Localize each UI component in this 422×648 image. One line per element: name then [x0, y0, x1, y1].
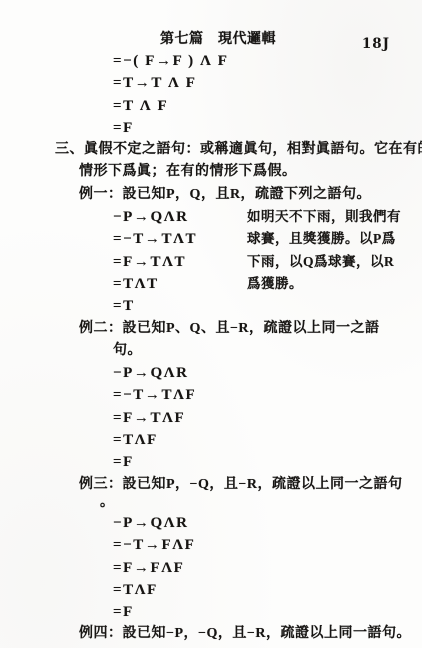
formula-line: =T→T Λ F	[113, 72, 422, 94]
example-4-title: 例四：設已知−P，−Q，且−R，疏證以上同一語句。	[79, 623, 422, 645]
scanned-book-page: 第七篇 現代邏輯 18J =−( F→F ) Λ F =T→T Λ F =T Λ…	[0, 0, 422, 648]
formula-line: −P→QΛR	[113, 512, 422, 534]
annotation-line: 下雨，以Q爲球賽，以R	[247, 251, 401, 273]
example-2-title: 例二：設已知P、Q、且−R，疏證以上同一之語	[79, 318, 422, 340]
section-heading-line: 三、眞假不定之語句：或稱適眞句，相對眞語句。它在有的	[55, 139, 422, 161]
section-heading-line: 情形下爲眞；在有的情形下爲假。	[79, 161, 422, 183]
formula-line: =F	[113, 601, 422, 623]
formula-line: =−T→TΛF	[113, 384, 422, 406]
formula-line: =−T→TΛT	[113, 228, 247, 250]
annotation-line: 爲獲勝。	[247, 273, 401, 295]
formula-line: =TΛF	[113, 429, 422, 451]
page-number: 18J	[362, 36, 390, 52]
page-content: =−( F→F ) Λ F =T→T Λ F =T Λ F =F 三、眞假不定之…	[0, 50, 422, 646]
example-1-formulas: −P→QΛR =−T→TΛT =F→TΛT =TΛT =T	[113, 206, 247, 317]
formula-line: =F→TΛF	[113, 407, 422, 429]
formula-line: =−( F→F ) Λ F	[113, 50, 422, 72]
example-4: 例四：設已知−P，−Q，且−R，疏證以上同一語句。	[0, 623, 422, 645]
formula-line: =−T→FΛF	[113, 534, 422, 556]
example-1-annotation: 如明天不下雨，則我們有 球賽，且獎獲勝。以P爲 下雨，以Q爲球賽，以R 爲獲勝。	[247, 206, 401, 317]
chapter-title: 第七篇 現代邏輯	[0, 28, 422, 48]
page-header: 第七篇 現代邏輯 18J	[0, 0, 422, 46]
formula-line: =F	[113, 117, 422, 139]
example-3-title: 例三：設已知P，−Q，且−R，疏證以上同一之語句	[79, 474, 422, 496]
example-1-body: −P→QΛR =−T→TΛT =F→TΛT =TΛT =T 如明天不下雨，則我們…	[0, 206, 422, 317]
formula-line: −P→QΛR	[113, 206, 247, 228]
formula-line: −P→QΛR	[113, 362, 422, 384]
example-2: 例二：設已知P、Q、且−R，疏證以上同一之語 句。 −P→QΛR =−T→TΛF…	[0, 318, 422, 474]
example-1: 例一：設已知P，Q，且R，疏證下列之語句。 −P→QΛR =−T→TΛT =F→…	[0, 184, 422, 318]
formula-line: =TΛF	[113, 579, 422, 601]
example-2-title-wrap: 句。	[113, 340, 422, 362]
example-3: 例三：設已知P，−Q，且−R，疏證以上同一之語句 。 −P→QΛR =−T→FΛ…	[0, 474, 422, 624]
formula-line: =TΛT	[113, 273, 247, 295]
example-1-title: 例一：設已知P，Q，且R，疏證下列之語句。	[79, 184, 422, 206]
annotation-line: 球賽，且獎獲勝。以P爲	[247, 228, 401, 250]
example-3-title-wrap: 。	[100, 496, 422, 512]
formula-line: =F→TΛT	[113, 251, 247, 273]
section-three-heading: 三、眞假不定之語句：或稱適眞句，相對眞語句。它在有的 情形下爲眞；在有的情形下爲…	[0, 139, 422, 184]
formula-line: =T Λ F	[113, 95, 422, 117]
formula-line: =F	[113, 451, 422, 473]
intro-derivation: =−( F→F ) Λ F =T→T Λ F =T Λ F =F	[0, 50, 422, 139]
formula-line: =F→FΛF	[113, 557, 422, 579]
annotation-line: 如明天不下雨，則我們有	[247, 206, 401, 228]
formula-line: =T	[113, 295, 247, 317]
